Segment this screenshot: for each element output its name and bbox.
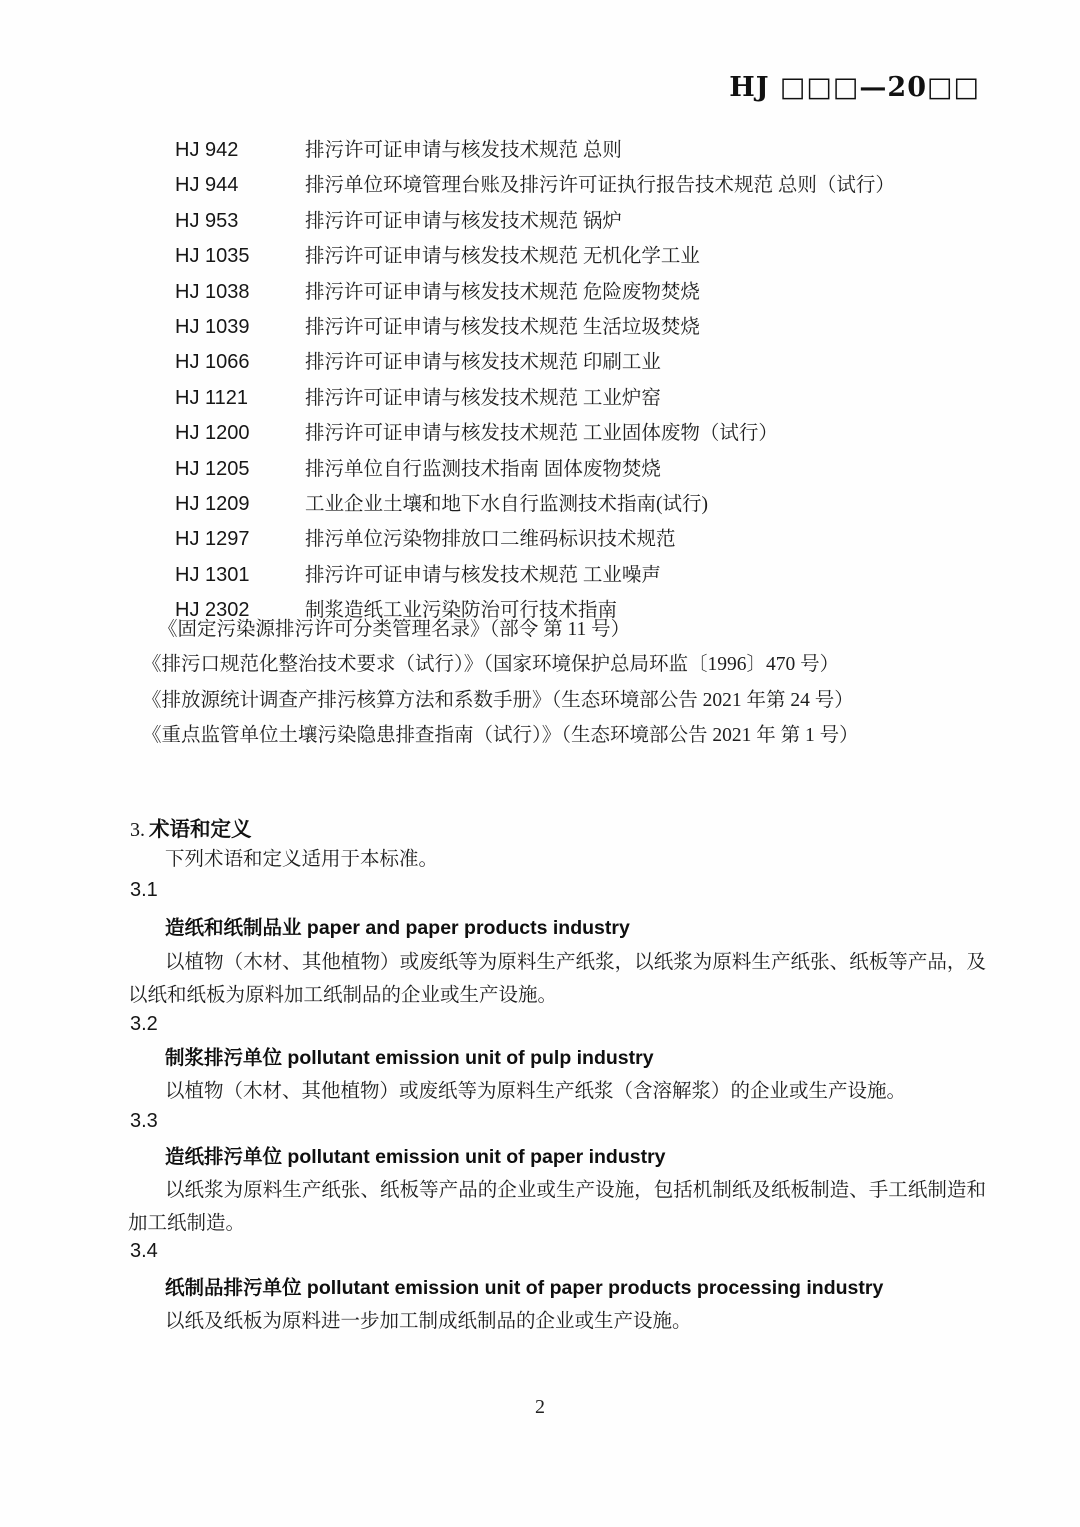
standard-title: 排污单位自行监测技术指南 固体废物焚烧 bbox=[305, 453, 661, 481]
term-id: 3.2 bbox=[130, 1012, 158, 1036]
reference-item: 《固定污染源排污许可分类管理名录》（部令 第 11 号） bbox=[142, 612, 990, 647]
standard-code: HJ 1121 bbox=[175, 387, 305, 410]
standard-row: HJ 1035 排污许可证申请与核发技术规范 无机化学工业 bbox=[175, 240, 895, 275]
reference-item: 《排污口规范化整治技术要求（试行）》（国家环境保护总局环监〔1996〕470 号… bbox=[142, 647, 990, 682]
standard-code: HJ 944 bbox=[175, 174, 305, 197]
term-definition: 以植物（木材、其他植物）或废纸等为原料生产纸浆，以纸浆为原料生产纸张、纸板等产品… bbox=[128, 946, 986, 1012]
document-page: HJ □□□—20□□ HJ 942 排污许可证申请与核发技术规范 总则 HJ … bbox=[0, 0, 1080, 1527]
standard-code: HJ 1301 bbox=[175, 564, 305, 587]
standard-row: HJ 1121 排污许可证申请与核发技术规范 工业炉窑 bbox=[175, 382, 895, 417]
standard-code: HJ 1200 bbox=[175, 422, 305, 445]
reference-item: 《重点监管单位土壤污染隐患排查指南（试行）》（生态环境部公告 2021 年 第 … bbox=[142, 718, 990, 753]
standard-code: HJ 1209 bbox=[175, 493, 305, 516]
standard-title: 排污许可证申请与核发技术规范 无机化学工业 bbox=[305, 240, 700, 268]
term-name: 造纸排污单位 pollutant emission unit of paper … bbox=[165, 1144, 666, 1170]
standard-row: HJ 1205 排污单位自行监测技术指南 固体废物焚烧 bbox=[175, 453, 895, 488]
section-number: 3. bbox=[130, 819, 145, 841]
standard-code: HJ 1039 bbox=[175, 316, 305, 339]
term-id: 3.3 bbox=[130, 1109, 158, 1133]
standard-row: HJ 942 排污许可证申请与核发技术规范 总则 bbox=[175, 134, 895, 169]
standard-code: HJ 1035 bbox=[175, 245, 305, 268]
standard-title: 排污许可证申请与核发技术规范 工业固体废物（试行） bbox=[305, 417, 778, 445]
references-list: 《固定污染源排污许可分类管理名录》（部令 第 11 号） 《排污口规范化整治技术… bbox=[142, 612, 990, 754]
standard-row: HJ 944 排污单位环境管理台账及排污许可证执行报告技术规范 总则（试行） bbox=[175, 169, 895, 204]
standard-title: 排污许可证申请与核发技术规范 危险废物焚烧 bbox=[305, 276, 700, 304]
standard-title: 工业企业土壤和地下水自行监测技术指南(试行) bbox=[305, 488, 708, 516]
term-id: 3.1 bbox=[130, 878, 158, 902]
standard-title: 排污许可证申请与核发技术规范 工业噪声 bbox=[305, 559, 661, 587]
standard-row: HJ 1039 排污许可证申请与核发技术规范 生活垃圾焚烧 bbox=[175, 311, 895, 346]
standard-title: 排污单位污染物排放口二维码标识技术规范 bbox=[305, 523, 676, 551]
standard-title: 排污许可证申请与核发技术规范 生活垃圾焚烧 bbox=[305, 311, 700, 339]
standard-row: HJ 1066 排污许可证申请与核发技术规范 印刷工业 bbox=[175, 346, 895, 381]
standard-code: HJ 1038 bbox=[175, 281, 305, 304]
term-id: 3.4 bbox=[130, 1239, 158, 1263]
standards-list: HJ 942 排污许可证申请与核发技术规范 总则 HJ 944 排污单位环境管理… bbox=[175, 134, 895, 629]
standard-title: 排污单位环境管理台账及排污许可证执行报告技术规范 总则（试行） bbox=[305, 169, 895, 197]
page-number: 2 bbox=[0, 1396, 1080, 1419]
standard-code: HJ 1297 bbox=[175, 528, 305, 551]
standard-row: HJ 1301 排污许可证申请与核发技术规范 工业噪声 bbox=[175, 559, 895, 594]
section-heading: 3.术语和定义 bbox=[130, 816, 252, 846]
standard-title: 排污许可证申请与核发技术规范 锅炉 bbox=[305, 205, 622, 233]
section-title: 术语和定义 bbox=[149, 818, 252, 841]
section-intro: 下列术语和定义适用于本标准。 bbox=[165, 847, 438, 873]
standard-title: 排污许可证申请与核发技术规范 总则 bbox=[305, 134, 622, 162]
standard-title: 排污许可证申请与核发技术规范 工业炉窑 bbox=[305, 382, 661, 410]
standard-row: HJ 1297 排污单位污染物排放口二维码标识技术规范 bbox=[175, 523, 895, 558]
term-name: 造纸和纸制品业 paper and paper products industr… bbox=[165, 915, 630, 941]
term-definition: 以纸浆为原料生产纸张、纸板等产品的企业或生产设施，包括机制纸及纸板制造、手工纸制… bbox=[128, 1174, 986, 1240]
standard-code: HJ 942 bbox=[175, 139, 305, 162]
standard-row: HJ 953 排污许可证申请与核发技术规范 锅炉 bbox=[175, 205, 895, 240]
term-definition: 以植物（木材、其他植物）或废纸等为原料生产纸浆（含溶解浆）的企业或生产设施。 bbox=[128, 1075, 986, 1108]
term-definition: 以纸及纸板为原料进一步加工制成纸制品的企业或生产设施。 bbox=[128, 1305, 986, 1338]
document-code-header: HJ □□□—20□□ bbox=[729, 72, 980, 103]
standard-row: HJ 1038 排污许可证申请与核发技术规范 危险废物焚烧 bbox=[175, 276, 895, 311]
standard-row: HJ 1209 工业企业土壤和地下水自行监测技术指南(试行) bbox=[175, 488, 895, 523]
reference-item: 《排放源统计调查产排污核算方法和系数手册》（生态环境部公告 2021 年第 24… bbox=[142, 683, 990, 718]
term-name: 纸制品排污单位 pollutant emission unit of paper… bbox=[165, 1275, 883, 1301]
standard-code: HJ 1205 bbox=[175, 458, 305, 481]
standard-title: 排污许可证申请与核发技术规范 印刷工业 bbox=[305, 346, 661, 374]
standard-row: HJ 1200 排污许可证申请与核发技术规范 工业固体废物（试行） bbox=[175, 417, 895, 452]
standard-code: HJ 1066 bbox=[175, 351, 305, 374]
standard-code: HJ 953 bbox=[175, 210, 305, 233]
term-name: 制浆排污单位 pollutant emission unit of pulp i… bbox=[165, 1045, 654, 1071]
